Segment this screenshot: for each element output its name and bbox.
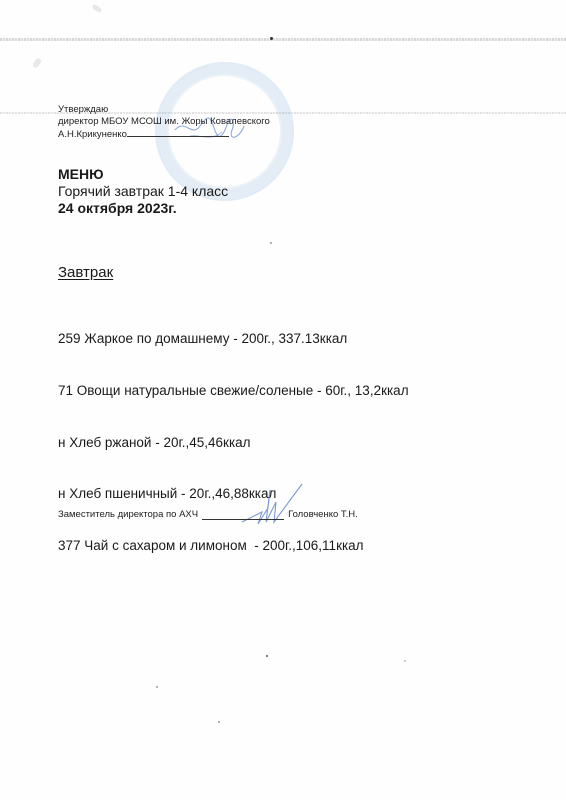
scan-speck bbox=[218, 721, 220, 723]
menu-item: н Хлеб пшеничный - 20г.,46,88ккал bbox=[58, 485, 409, 502]
menu-subtitle: Горячий завтрак 1-4 класс bbox=[58, 183, 228, 200]
scanned-document-page: Утверждаю директор МБОУ МСОШ им. Жоры Ко… bbox=[0, 0, 566, 800]
menu-item: 71 Овощи натуральные свежие/соленые - 60… bbox=[58, 382, 409, 399]
menu-date: 24 октября 2023г. bbox=[58, 200, 228, 217]
signature-line bbox=[202, 510, 284, 520]
menu-title: МЕНЮ bbox=[58, 166, 228, 183]
scan-speck bbox=[270, 242, 272, 244]
scan-smudge bbox=[32, 57, 43, 69]
scan-speck bbox=[270, 37, 273, 40]
approval-block: Утверждаю директор МБОУ МСОШ им. Жоры Ко… bbox=[58, 104, 270, 141]
scan-artifact-line bbox=[0, 38, 566, 41]
deputy-position: Заместитель директора по АХЧ bbox=[58, 509, 198, 520]
deputy-signature-icon bbox=[240, 482, 305, 527]
scan-speck bbox=[404, 660, 406, 662]
section-title: Завтрак bbox=[58, 264, 113, 281]
menu-header: МЕНЮ Горячий завтрак 1-4 класс 24 октябр… bbox=[58, 166, 228, 217]
menu-item: н Хлеб ржаной - 20г.,45,46ккал bbox=[58, 434, 409, 451]
approval-name-row: А.Н.Крикуненко bbox=[58, 128, 270, 141]
approval-label: Утверждаю bbox=[58, 104, 270, 116]
scan-smudge bbox=[91, 4, 102, 14]
menu-item: 377 Чай с сахаром и лимоном - 200г.,106,… bbox=[58, 537, 409, 554]
menu-item: 259 Жаркое по домашнему - 200г., 337.13к… bbox=[58, 330, 409, 347]
scan-speck bbox=[156, 686, 158, 688]
signature-line bbox=[127, 128, 229, 137]
approval-position: директор МБОУ МСОШ им. Жоры Ковалевского bbox=[58, 116, 270, 128]
footer-signature-row: Заместитель директора по АХЧ Головченко … bbox=[58, 509, 358, 520]
scan-speck bbox=[266, 655, 268, 657]
approver-name: А.Н.Крикуненко bbox=[58, 129, 127, 140]
deputy-name: Головченко Т.Н. bbox=[288, 509, 358, 520]
menu-item-list: 259 Жаркое по домашнему - 200г., 337.13к… bbox=[58, 296, 409, 588]
